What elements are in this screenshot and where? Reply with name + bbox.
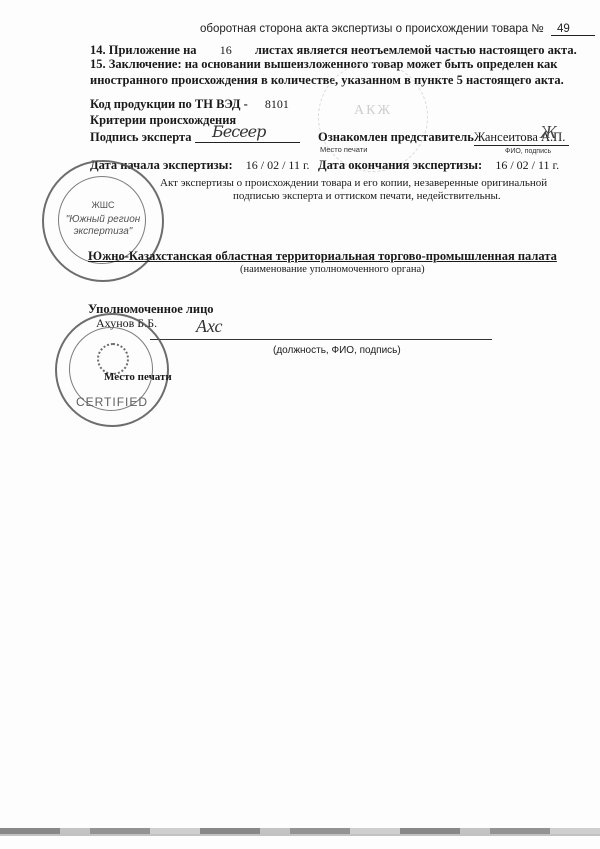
- representative-stamp-place: Место печати: [320, 145, 367, 154]
- item-15-line-1: 15. Заключение: на основании вышеизложен…: [90, 57, 558, 72]
- authorized-stamp-place: Место печати: [104, 371, 172, 383]
- representative-signature: Ж: [540, 122, 557, 143]
- expert-stamp-middle: "Южный регион: [44, 214, 162, 225]
- expert-stamp-bottom: экспертиза": [44, 226, 162, 237]
- authorized-person-signature: Ахс: [196, 316, 223, 337]
- end-date: Дата окончания экспертизы: 16 / 02 / 11 …: [318, 158, 559, 173]
- expert-signature-label: Подпись эксперта: [90, 130, 192, 145]
- header-title: оборотная сторона акта экспертизы о прои…: [200, 23, 544, 35]
- start-date-value: 16 / 02 / 11 г.: [246, 158, 310, 172]
- act-number: 49: [551, 23, 595, 36]
- item-14: 14. Приложение на 16 листах является нео…: [90, 43, 577, 58]
- product-code-label: Код продукции по ТН ВЭД -: [90, 97, 248, 111]
- authority-caption: (наименование уполномоченного органа): [240, 264, 425, 275]
- validity-notice-line-1: Акт экспертизы о происхождении товара и …: [160, 177, 547, 189]
- expert-signature: Бесеер: [212, 122, 265, 141]
- faint-stamp-text: АКЖ: [319, 103, 427, 119]
- chamber-stamp: CERTIFIED: [55, 313, 169, 427]
- representative-caption: ФИО, подпись: [505, 148, 551, 155]
- validity-notice-line-2: подписью эксперта и оттиском печати, нед…: [233, 190, 501, 202]
- product-code: Код продукции по ТН ВЭД - 8101: [90, 97, 289, 112]
- item-14-suffix: листах является неотъемлемой частью наст…: [255, 43, 577, 57]
- expert-signature-line: [195, 142, 300, 143]
- expert-stamp-top: ЖШС: [44, 200, 162, 210]
- authorized-person-caption: (должность, ФИО, подпись): [273, 345, 401, 356]
- item-14-prefix: 14. Приложение на: [90, 43, 197, 57]
- faint-stamp: АКЖ: [318, 62, 428, 172]
- representative-label: Ознакомлен представитель: [318, 130, 474, 145]
- document-header: оборотная сторона акта экспертизы о прои…: [200, 23, 595, 36]
- product-code-value: 8101: [265, 97, 289, 111]
- scan-edge-line: [0, 834, 600, 836]
- item-14-sheets-count: 16: [206, 43, 246, 58]
- end-date-value: 16 / 02 / 11 г.: [495, 158, 559, 172]
- chamber-stamp-certified: CERTIFIED: [57, 395, 167, 409]
- end-date-label: Дата окончания экспертизы:: [318, 158, 482, 172]
- authority-name: Южно-Казахстанская областная территориал…: [88, 249, 557, 264]
- authorized-person-line: [150, 339, 492, 340]
